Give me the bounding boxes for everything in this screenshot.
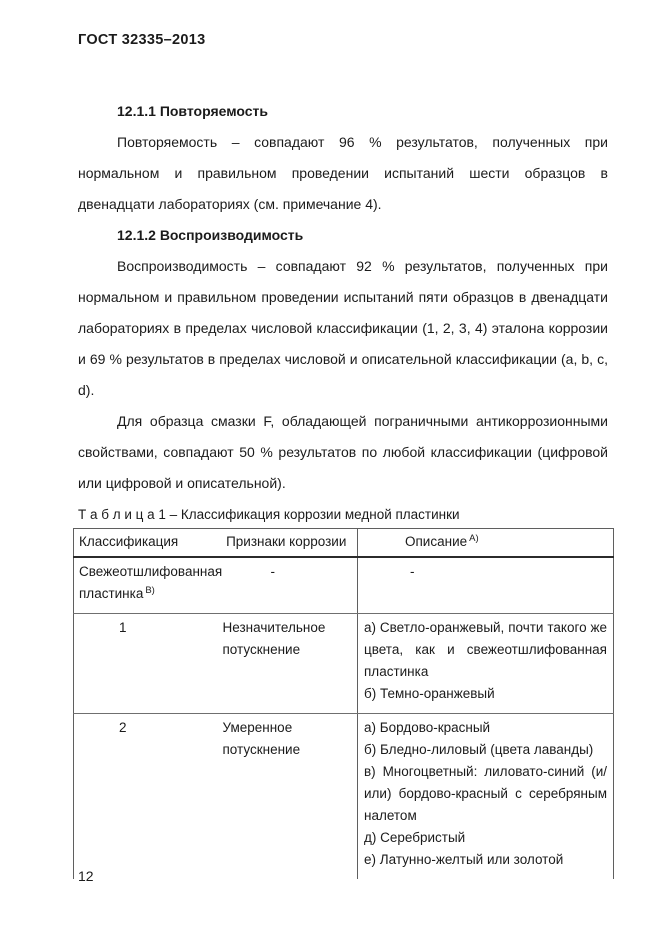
footnote-ref-a: А) [469,533,479,544]
table-row-class-2: 2 Умеренное потускнение а) Бордово-красн… [74,714,614,880]
column-header-classification: Классификация [74,529,216,558]
column-header-description: ОписаниеА) [358,529,614,558]
cell-description: - [358,557,614,614]
description-item: а) Бордово-красный [364,717,607,739]
paragraph-repeatability: Повторяемость – совпадают 96 % результат… [78,127,608,220]
column-header-signs: Признаки коррозии [216,529,358,558]
corrosion-classification-table: Классификация Признаки коррозии Описание… [73,528,614,879]
table-header-row: Классификация Признаки коррозии Описание… [74,529,614,558]
description-item: б) Темно-оранжевый [364,683,607,705]
cell-signs: - [216,557,358,614]
page-content: 12.1.1 Повторяемость Повторяемость – сов… [78,96,608,879]
page-number: 12 [78,868,94,884]
table-row-class-1: 1 Незначительное потускнение а) Светло-о… [74,614,614,714]
cell-signs: Умеренное потускнение [216,714,358,880]
description-item: в) Многоцветный: лиловато-синий (и/или) … [364,761,607,827]
column-header-description-label: Описание [405,534,467,549]
doc-code: ГОСТ 32335–2013 [78,32,205,48]
cell-description: а) Бордово-красный б) Бледно-лиловый (цв… [358,714,614,880]
footnote-ref-b: В) [145,585,155,596]
description-item: е) Латунно-желтый или золотой [364,849,607,871]
description-item: д) Серебристый [364,827,607,849]
cell-classification: 2 [74,714,216,880]
paragraph-sample-f: Для образца смазки F, обладающей пограни… [78,406,608,499]
cell-signs: Незначительное потускнение [216,614,358,714]
cell-classification: Свежеотшлифованная пластинкаВ) [74,557,216,614]
cell-classification: 1 [74,614,216,714]
cell-description: а) Светло-оранжевый, почти такого же цве… [358,614,614,714]
description-item: б) Бледно-лиловый (цвета лаванды) [364,739,607,761]
description-item: а) Светло-оранжевый, почти такого же цве… [364,617,607,683]
section-heading-12-1-2: 12.1.2 Воспроизводимость [78,220,608,251]
paragraph-reproducibility: Воспроизводимость – совпадают 92 % резул… [78,251,608,406]
table-caption: Т а б л и ц а 1 – Классификация коррозии… [78,505,608,525]
table-row-freshly-polished-plate: Свежеотшлифованная пластинкаВ) - - [74,557,614,614]
section-heading-12-1-1: 12.1.1 Повторяемость [78,96,608,127]
